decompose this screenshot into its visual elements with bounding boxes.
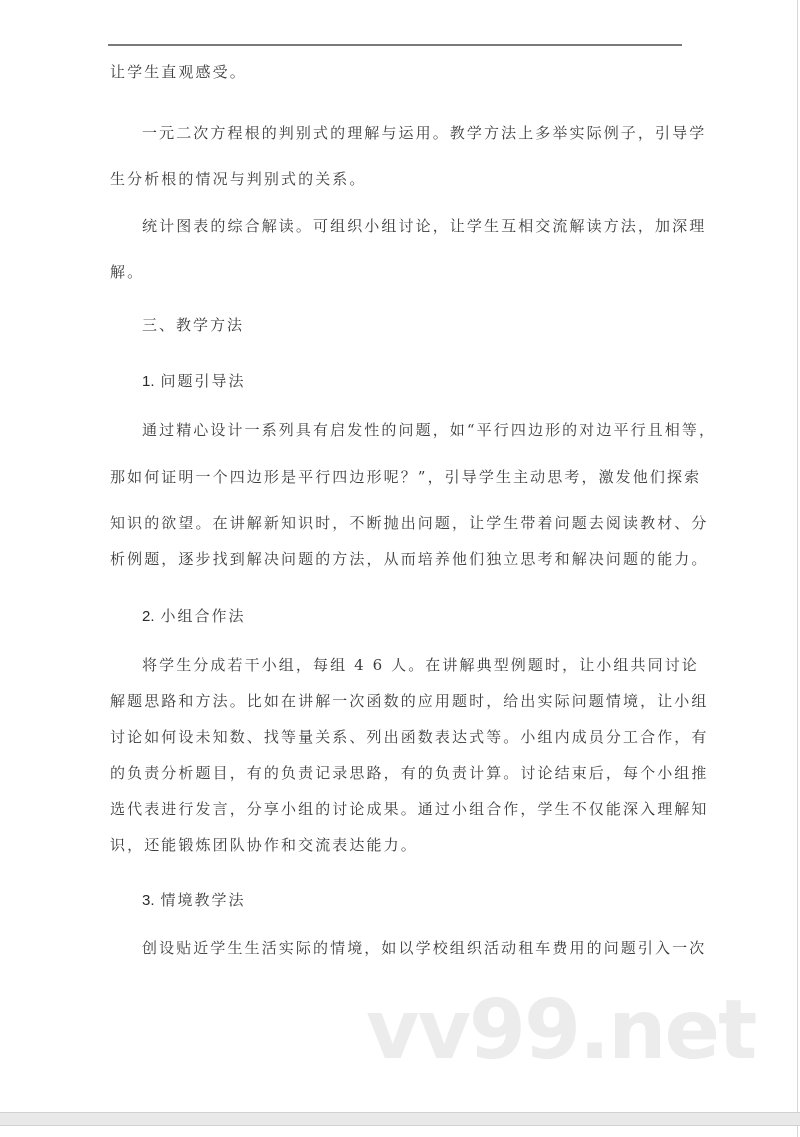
watermark: vv99.net [366,990,755,1072]
method-heading-2: 2.小组合作法 [142,606,246,627]
method-heading-3: 3.情境教学法 [142,890,246,911]
method-number: 2. [142,608,155,625]
paragraph-line: 生分析根的情况与判别式的关系。 [110,169,367,189]
next-page-edge [0,1126,798,1137]
paragraph-line: 让学生直观感受。 [110,62,247,82]
paragraph-line: 统计图表的综合解读。可组织小组讨论，让学生互相交流解读方法，加深理 [142,216,706,236]
method-title: 情境教学法 [161,891,246,909]
method-number: 3. [142,892,155,909]
paragraph-line: 将学生分成若干小组，每组 4 6 人。在讲解典型例题时，让小组共同讨论 [142,655,699,675]
document-page: 让学生直观感受。 一元二次方程根的判别式的理解与运用。教学方法上多举实际例子，引… [0,0,798,1113]
paragraph-line: 识，还能锻炼团队协作和交流表达能力。 [110,835,418,855]
method-title: 小组合作法 [161,607,246,625]
paragraph-line: 讨论如何设未知数、找等量关系、列出函数表达式等。小组内成员分工合作，有 [110,727,709,747]
paragraph-line: 析例题，逐步找到解决问题的方法，从而培养他们独立思考和解决问题的能力。 [110,549,709,569]
paragraph-line: 创设贴近学生生活实际的情境，如以学校组织活动租车费用的问题引入一次 [142,938,706,958]
paragraph-line: 的负责分析题目，有的负责记录思路，有的负责计算。讨论结束后，每个小组推 [110,763,709,783]
paragraph-line: 解。 [110,262,144,282]
paragraph-line: 通过精心设计一系列具有启发性的问题，如“平行四边形的对边平行且相等， [142,420,716,440]
paragraph-line: 选代表进行发言，分享小组的讨论成果。通过小组合作，学生不仅能深入理解知 [110,799,709,819]
paragraph-line: 那如何证明一个四边形是平行四边形呢？”，引导学生主动思考，激发他们探索 [110,467,701,487]
method-heading-1: 1.问题引导法 [142,371,246,392]
method-number: 1. [142,373,155,390]
header-rule [108,44,682,46]
paragraph-line: 解题思路和方法。比如在讲解一次函数的应用题时，给出实际问题情境，让小组 [110,691,709,711]
page-separator [0,1112,800,1126]
paragraph-line: 知识的欲望。在讲解新知识时，不断抛出问题，让学生带着问题去阅读教材、分 [110,513,709,533]
method-title: 问题引导法 [161,372,246,390]
section-heading: 三、教学方法 [142,315,244,335]
paragraph-line: 一元二次方程根的判别式的理解与运用。教学方法上多举实际例子，引导学 [142,123,706,143]
